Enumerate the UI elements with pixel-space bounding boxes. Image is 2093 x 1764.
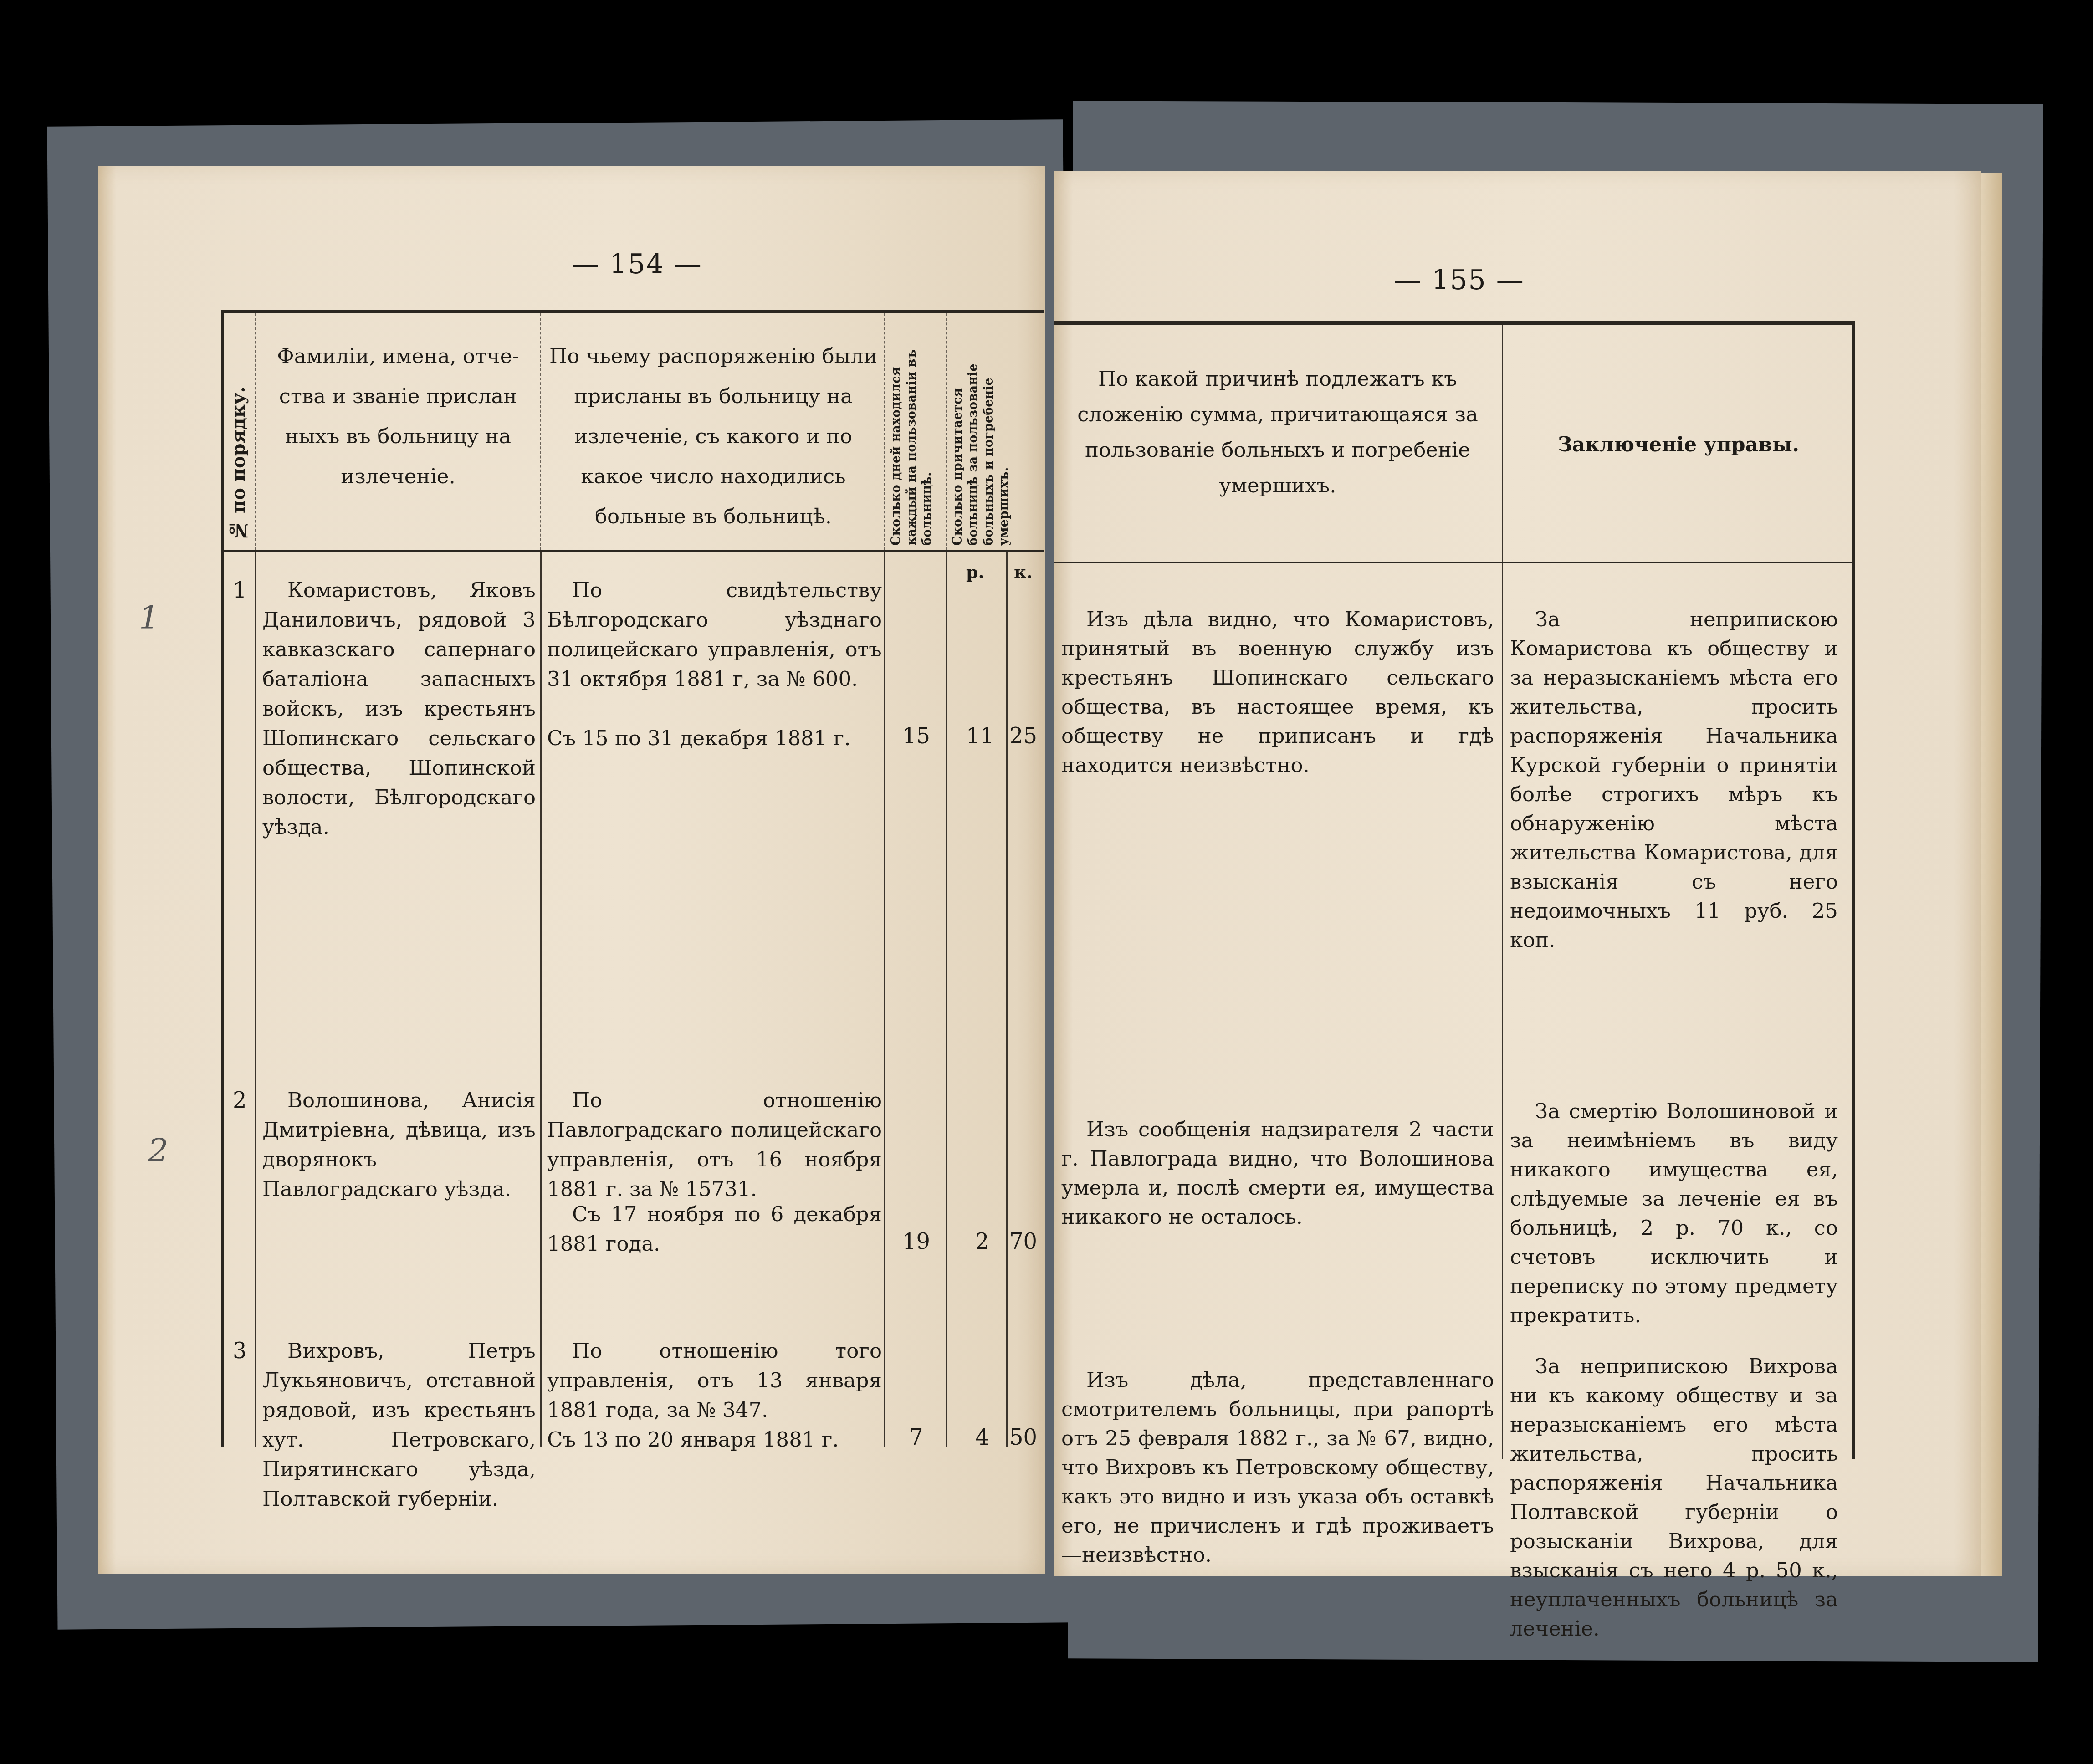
patient-name: Комаристовъ, Яковъ Даниловичъ, рядовой 3…: [262, 575, 536, 842]
patient-name: Волошинова, Анисія Дмитріевна, дѣвица, и…: [262, 1085, 536, 1204]
header-conclusion-col: Заключеніе управы.: [1510, 425, 1847, 465]
days-count: 19: [902, 1229, 930, 1254]
header-reason-col: По какой причинѣ подлежатъ къ сложенію с…: [1061, 361, 1494, 503]
page-number: — 154 —: [572, 248, 702, 280]
amount-rub: 11: [966, 723, 994, 749]
page-stack-edge: [1981, 173, 2002, 1576]
header-order-col: По чьему распоряженію были присланы въ б…: [545, 336, 882, 537]
register-table-left: № по порядку. Фамиліи, имена, отче- ства…: [221, 310, 1044, 1447]
referral-order: По отношенію Павлоградскаго полицейскаго…: [547, 1085, 882, 1204]
patient-name: Вихровъ, Петръ Лукьяновичъ, отставной ря…: [262, 1336, 536, 1513]
page-number: — 155 —: [1394, 264, 1525, 296]
header-days-col: Сколько дней находился каждый на пользов…: [889, 327, 943, 546]
referral-order: По отношенію того управленія, отъ 13 янв…: [547, 1336, 882, 1425]
amount-rub: 4: [975, 1425, 989, 1450]
amount-kop: 50: [1009, 1425, 1037, 1450]
header-row-number: № по порядку.: [227, 341, 250, 541]
stay-period: Съ 15 по 31 декабря 1881 г.: [547, 723, 882, 753]
right-page: — 155 — По какой причинѣ подлежатъ къ сл…: [1054, 171, 1981, 1576]
margin-mark: 1: [139, 599, 159, 636]
amount-kop: 70: [1009, 1229, 1037, 1254]
unit-kop: к.: [1014, 562, 1033, 582]
write-off-reason: Изъ дѣла видно, что Комаристовъ, приняты…: [1061, 605, 1494, 780]
days-count: 7: [909, 1425, 923, 1450]
header-amount-col: Сколько причитается больницѣ за пользова…: [950, 327, 1005, 546]
left-page: — 154 — 1 2 № по порядку. Фамиліи, имена…: [98, 166, 1045, 1574]
write-off-reason: Изъ сообщенія надзирателя 2 части г. Пав…: [1061, 1115, 1494, 1232]
write-off-reason: Изъ дѣла, представленнаго смотрителемъ б…: [1061, 1365, 1494, 1570]
board-conclusion: За смертію Волошиновой и за неимѣніемъ в…: [1510, 1097, 1838, 1330]
header-name-col: Фамиліи, имена, отче- ства и званіе прис…: [259, 336, 537, 496]
margin-mark: 2: [148, 1132, 169, 1169]
register-table-right: По какой причинѣ подлежатъ къ сложенію с…: [1054, 321, 1855, 1459]
stay-period: Съ 17 ноября по 6 декабря 1881 года.: [547, 1199, 882, 1258]
days-count: 15: [902, 723, 930, 749]
referral-order: По свидѣтельству Бѣлгородскаго уѣзднаго …: [547, 575, 882, 694]
amount-rub: 2: [975, 1229, 989, 1254]
amount-kop: 25: [1009, 723, 1037, 749]
stay-period: Съ 13 по 20 января 1881 г.: [547, 1425, 882, 1454]
unit-rub: р.: [966, 562, 984, 582]
board-conclusion: За неприпискою Комаристова къ обществу и…: [1510, 605, 1838, 955]
board-conclusion: За неприпискою Вихрова ни къ какому обще…: [1510, 1352, 1838, 1643]
